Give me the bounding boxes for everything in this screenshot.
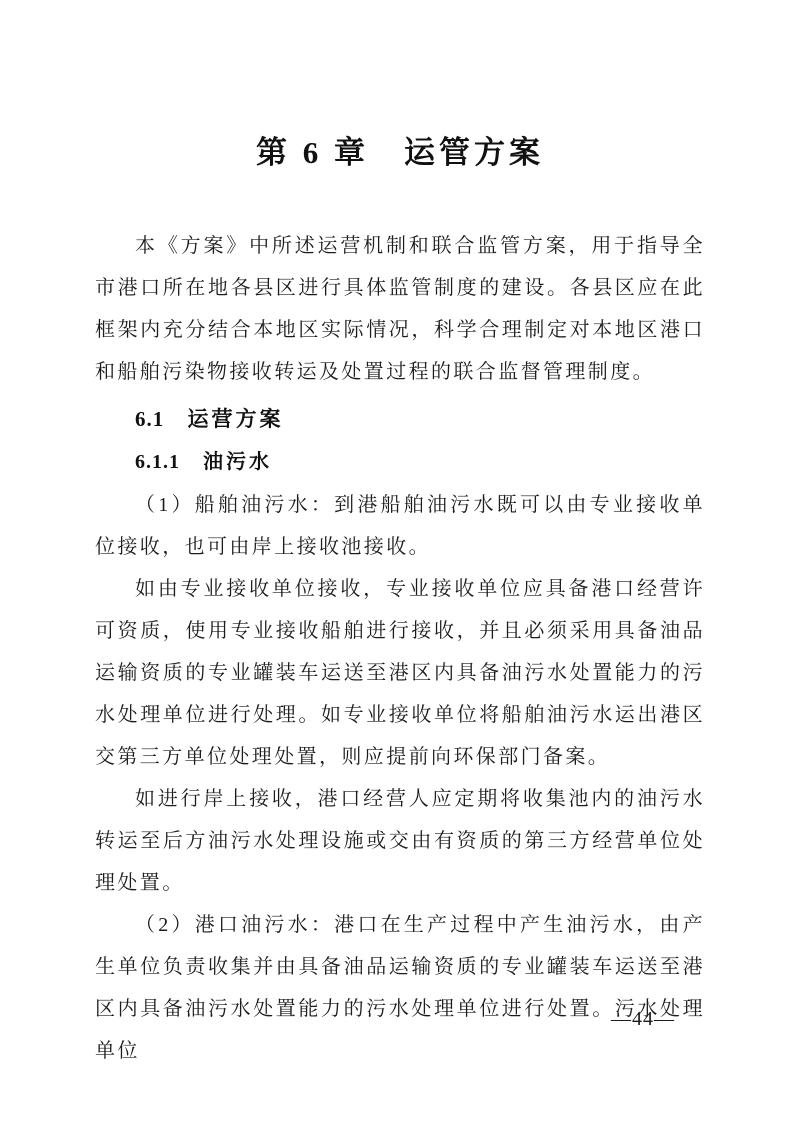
paragraph-ship-oily-water: （1）船舶油污水：到港船舶油污水既可以由专业接收单位接收，也可由岸上接收池接收。: [95, 484, 705, 568]
text-column: 第 6 章 运管方案 本《方案》中所述运营机制和联合监管方案，用于指导全市港口所…: [95, 0, 705, 1072]
paragraph-port-oily-water: （2）港口油污水：港口在生产过程中产生油污水，由产生单位负责收集并由具备油品运输…: [95, 904, 705, 1072]
heading-6-1-1-text: 油污水: [203, 451, 272, 473]
paragraph-shore-reception: 如进行岸上接收，港口经营人应定期将收集池内的油污水转运至后方油污水处理设施或交由…: [95, 778, 705, 904]
body-block: 本《方案》中所述运营机制和联合监管方案，用于指导全市港口所在地各县区进行具体监管…: [95, 225, 705, 1072]
paragraph-intro: 本《方案》中所述运营机制和联合监管方案，用于指导全市港口所在地各县区进行具体监管…: [95, 225, 705, 393]
heading-6-1-text: 运营方案: [188, 408, 284, 431]
heading-6-1-1-number: 6.1.1: [135, 451, 180, 473]
heading-6-1-1: 6.1.1 油污水: [95, 442, 705, 482]
document-page: 第 6 章 运管方案 本《方案》中所述运营机制和联合监管方案，用于指导全市港口所…: [0, 0, 793, 1122]
page-number: —44—: [611, 1008, 675, 1031]
heading-6-1-number: 6.1: [135, 407, 164, 431]
heading-6-1: 6.1 运营方案: [95, 399, 705, 440]
chapter-title: 第 6 章 运管方案: [95, 133, 705, 173]
paragraph-professional-reception: 如由专业接收单位接收，专业接收单位应具备港口经营许可资质，使用专业接收船舶进行接…: [95, 568, 705, 778]
